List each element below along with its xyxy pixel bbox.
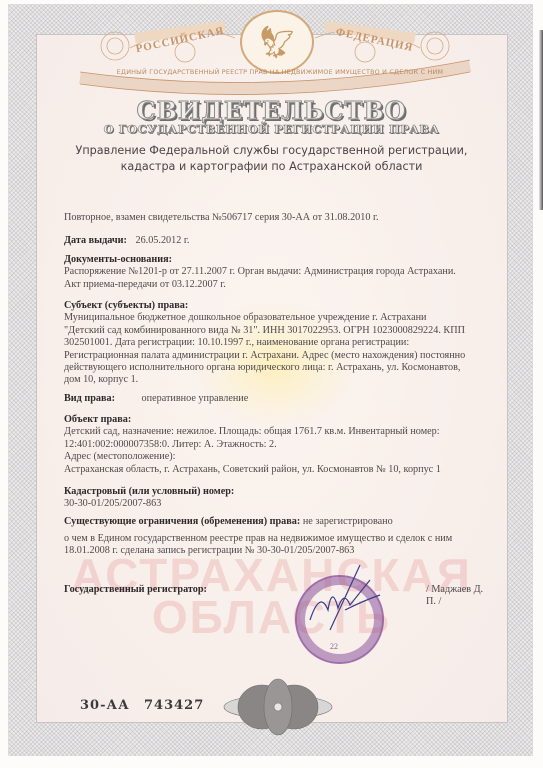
basis-documents-label: Документы-основания: <box>64 254 484 266</box>
subject-line: дом 10, корпус 1. <box>64 374 484 386</box>
right-type: Вид права: оперативное управление <box>64 393 484 405</box>
cadastral-number-value: 30-30-01/205/2007-863 <box>64 498 484 510</box>
encumbrances-label: Существующие ограничения (обременения) п… <box>64 516 300 527</box>
document-subtitle: О ГОСУДАРСТВЕННОЙ РЕГИСТРАЦИИ ПРАВА <box>0 122 543 136</box>
issue-date-label: Дата выдачи: <box>64 235 127 246</box>
cadastral-number-label: Кадастровый (или условный) номер: <box>64 486 484 498</box>
form-number: 743427 <box>144 698 204 713</box>
subject-line: "Детский сад комбинированного вида № 31"… <box>64 325 484 337</box>
issuing-agency: Управление Федеральной службы государств… <box>0 143 543 175</box>
subject: Субъект (субъекты) права: Муниципальное … <box>64 300 484 387</box>
cadastral-number: Кадастровый (или условный) номер: 30-30-… <box>64 486 484 511</box>
registrar-name: / Маджаев Д. П. / <box>426 584 484 609</box>
double-headed-eagle-icon: 🦅︎ <box>257 26 298 58</box>
encumbrances: Существующие ограничения (обременения) п… <box>64 516 484 528</box>
guilloche-rosette <box>222 676 334 738</box>
subject-line: Муниципальное бюджетное дошкольное образ… <box>64 312 484 324</box>
object-line: Адрес (местоположение): <box>64 451 484 463</box>
right-type-value: оперативное управление <box>142 393 249 404</box>
ribbon-text: ЕДИНЫЙ ГОСУДАРСТВЕННЫЙ РЕЕСТР ПРАВ НА НЕ… <box>90 68 470 76</box>
object-line: 12:401:002:000007358:0. Литер: А. Этажно… <box>64 439 484 451</box>
subject-label: Субъект (субъекты) права: <box>64 300 484 312</box>
registry-note-line: о чем в Едином государственном реестре п… <box>64 533 484 545</box>
object-line: Астраханская область, г. Астрахань, Сове… <box>64 464 484 476</box>
subject-line: Регистрационная палата администрации г. … <box>64 350 484 362</box>
signature <box>300 560 390 640</box>
registrar-label: Государственный регистратор: <box>64 584 207 595</box>
registry-note-line: 18.01.2008 г. сделана запись регистрации… <box>64 545 484 557</box>
object-line: Детский сад, назначение: нежилое. Площад… <box>64 426 484 438</box>
reissue-note: Повторное, взамен свидетельства №506717 … <box>64 212 484 224</box>
seal-number: 22 <box>330 642 338 651</box>
coat-of-arms-emblem: 🦅︎ <box>240 10 314 74</box>
subject-line: 302501001. Дата регистрации: 10.10.1997 … <box>64 337 484 349</box>
issue-date-value: 26.05.2012 г. <box>135 235 189 246</box>
encumbrances-value: не зарегистрировано <box>303 516 393 527</box>
basis-documents: Документы-основания: Распоряжение №1201-… <box>64 254 484 291</box>
basis-documents-line: Распоряжение №1201-р от 27.11.2007 г. Ор… <box>64 266 484 278</box>
agency-line-1: Управление Федеральной службы государств… <box>0 143 543 159</box>
agency-line-2: кадастра и картографии по Астраханской о… <box>0 159 543 175</box>
registrar: Государственный регистратор: / Маджаев Д… <box>64 584 484 596</box>
subject-line: действующего исполнительного органа юрид… <box>64 362 484 374</box>
basis-documents-line: Акт приема-передачи от 03.12.2007 г. <box>64 279 484 291</box>
right-type-label: Вид права: <box>64 393 115 404</box>
object: Объект права: Детский сад, назначение: н… <box>64 414 484 476</box>
document-title: СВИДЕТЕЛЬСТВО <box>0 96 543 125</box>
issue-date: Дата выдачи: 26.05.2012 г. <box>64 235 484 247</box>
object-label: Объект права: <box>64 414 484 426</box>
header-ornament: РОССИЙСКАЯ ФЕДЕРАЦИЯ 🦅︎ ЕДИНЫЙ ГОСУДАРСТ… <box>75 8 475 96</box>
form-series: 30-АА <box>80 698 130 713</box>
registry-note: о чем в Едином государственном реестре п… <box>64 533 484 558</box>
